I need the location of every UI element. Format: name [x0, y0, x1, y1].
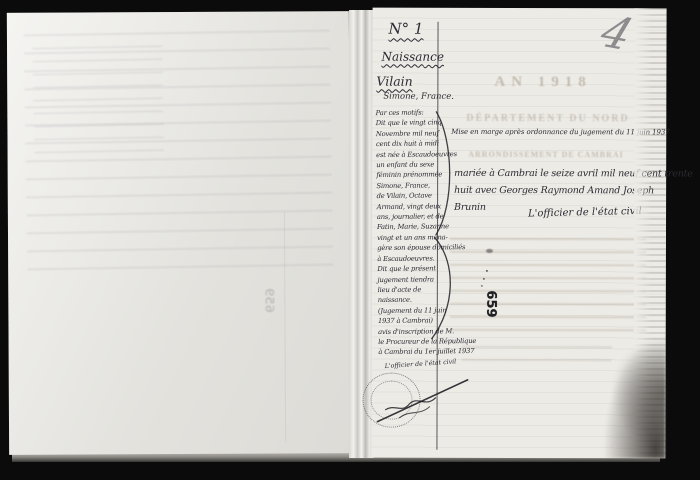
act-body-line: est née à Escaudoeuvres [376, 149, 438, 160]
act-body-line: un enfant du sexe [376, 159, 438, 170]
act-body-line: naissance. [378, 295, 440, 306]
ghost-printed-paragraph [450, 238, 646, 335]
scan-corner-shadow [601, 338, 665, 458]
act-body-line: Par ces motifs: [376, 107, 438, 118]
act-body-line: Simone, France, [376, 180, 438, 191]
act-body-line: jugement tiendra [377, 274, 439, 285]
marriage-note-line: mariée à Cambrai le seize avril mil neuf… [454, 165, 664, 183]
act-body-line: le Procureur de la République [378, 336, 440, 347]
act-body-line: Novembre mil neuf [376, 128, 438, 139]
act-body-line: à Cambrai du 1er juillet 1937 [378, 347, 440, 358]
act-body-line: de Vilain, Octave [377, 191, 439, 202]
marriage-note-line: huit avec Georges Raymond Amand Joseph [454, 182, 664, 200]
mairie-round-stamp [362, 373, 420, 428]
printed-year: AN 1918 [494, 74, 591, 91]
act-body-line: Fatin, Marie, Suzanne [377, 222, 439, 233]
act-body-line: féminin prénommée [376, 170, 438, 181]
act-body-line: gère son épouse domiciliés [377, 243, 439, 254]
act-body-line: ans, journalier, et de [377, 211, 439, 222]
act-number: N° 1 [389, 20, 424, 38]
act-body-line: Armand, vingt deux [377, 201, 439, 212]
act-body-line: vingt et un ans ména- [377, 232, 439, 243]
left-page: 659 [7, 11, 351, 455]
ink-dots [486, 270, 488, 272]
given-names: Simone, France. [383, 92, 454, 102]
printed-department: DÉPARTEMENT DU NORD [466, 113, 629, 124]
act-type: Naissance [381, 50, 444, 64]
act-body-line: 1937 à Cambrai) [378, 315, 440, 326]
act-body-line: Dit que le vingt cinq [376, 118, 438, 129]
act-body-line: à Escaudoeuvres. [377, 253, 439, 264]
act-body-text: Par ces motifs:Dit que le vingt cinqNove… [376, 107, 441, 357]
right-page: AN 1918 DÉPARTEMENT DU NORD ARRONDISSEME… [371, 8, 666, 459]
act-body-line: cent dix huit à midi [376, 139, 438, 150]
number-stamp-ghost: 659 [262, 287, 276, 313]
ghost-handwriting [32, 45, 164, 157]
act-body-line: avis d'inscription de M. [378, 326, 440, 337]
surname: Vilain [376, 74, 412, 89]
act-body-line: Dit que le présent [377, 263, 439, 274]
act-body-line: (Jugement du 11 juin [378, 305, 440, 316]
number-stamp: 659 [483, 290, 498, 316]
scanned-register-spread: 659 AN 1918 DÉPARTEMENT DU NORD ARRONDIS… [0, 0, 700, 480]
printed-arrondissement: ARRONDISSEMENT DE CAMBRAI [468, 150, 624, 159]
ink-smudge [486, 249, 493, 253]
act-body-line: lieu d'acte de [378, 284, 440, 295]
ghost-printed-paragraph [462, 346, 612, 372]
